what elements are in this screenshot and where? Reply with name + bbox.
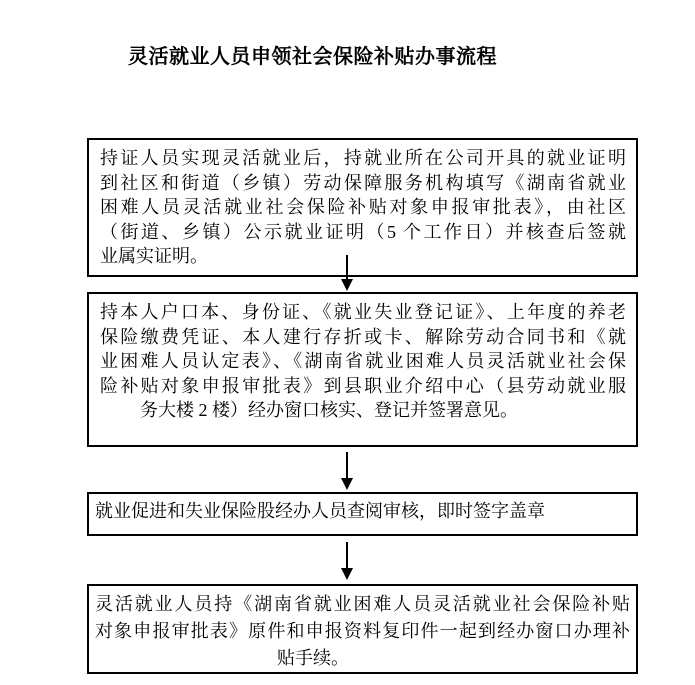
step-1-line-5: 业属实证明。 [100,244,626,269]
step-4-line-3: 贴手续。 [95,645,630,672]
flow-step-2: 持本人户口本、身份证、《就业失业登记证》、上年度的养老 保险缴费凭证、本人建行存… [87,292,638,447]
flowchart-page: 灵活就业人员申领社会保险补贴办事流程 持证人员实现灵活就业后，持就业所在公司开具… [0,0,695,685]
step-1-line-3: 困难人员灵活就业社会保险补贴对象申报审批表》，由社区 [100,195,626,220]
step-4-line-1: 灵活就业人员持《湖南省就业困难人员灵活就业社会保险补贴 [95,591,630,618]
arrow-shaft [346,542,348,569]
step-2-line-4: 险补贴对象申报审批表》到县职业介绍中心（县劳动就业服 [100,374,626,399]
step-4-line-2: 对象申报审批表》原件和申报资料复印件一起到经办窗口办理补 [95,618,630,645]
step-2-line-2: 保险缴费凭证、本人建行存折或卡、解除劳动合同书和《就 [100,325,626,350]
step-1-line-1: 持证人员实现灵活就业后，持就业所在公司开具的就业证明 [100,146,626,171]
step-1-line-4: （街道、乡镇）公示就业证明（5 个工作日）并核查后签就 [100,220,626,245]
flow-step-4: 灵活就业人员持《湖南省就业困难人员灵活就业社会保险补贴 对象申报审批表》原件和申… [87,584,638,674]
step-2-line-5: 务大楼 2 楼）经办窗口核实、登记并签署意见。 [100,398,626,423]
arrow-head [341,478,353,490]
step-3-line-1: 就业促进和失业保险股经办人员查阅审核，即时签字盖章 [95,499,630,524]
step-1-line-2: 到社区和街道（乡镇）劳动保障服务机构填写《湖南省就业 [100,171,626,196]
step-2-line-3: 业困难人员认定表》、《湖南省就业困难人员灵活就业社会保 [100,349,626,374]
step-2-line-1: 持本人户口本、身份证、《就业失业登记证》、上年度的养老 [100,300,626,325]
arrow-shaft [346,452,348,479]
arrow-head [341,279,353,291]
page-title: 灵活就业人员申领社会保险补贴办事流程 [0,40,625,69]
flow-step-3: 就业促进和失业保险股经办人员查阅审核，即时签字盖章 [87,492,638,536]
arrow-head [341,568,353,580]
arrow-shaft [346,255,348,280]
flow-step-1: 持证人员实现灵活就业后，持就业所在公司开具的就业证明 到社区和街道（乡镇）劳动保… [87,138,638,277]
